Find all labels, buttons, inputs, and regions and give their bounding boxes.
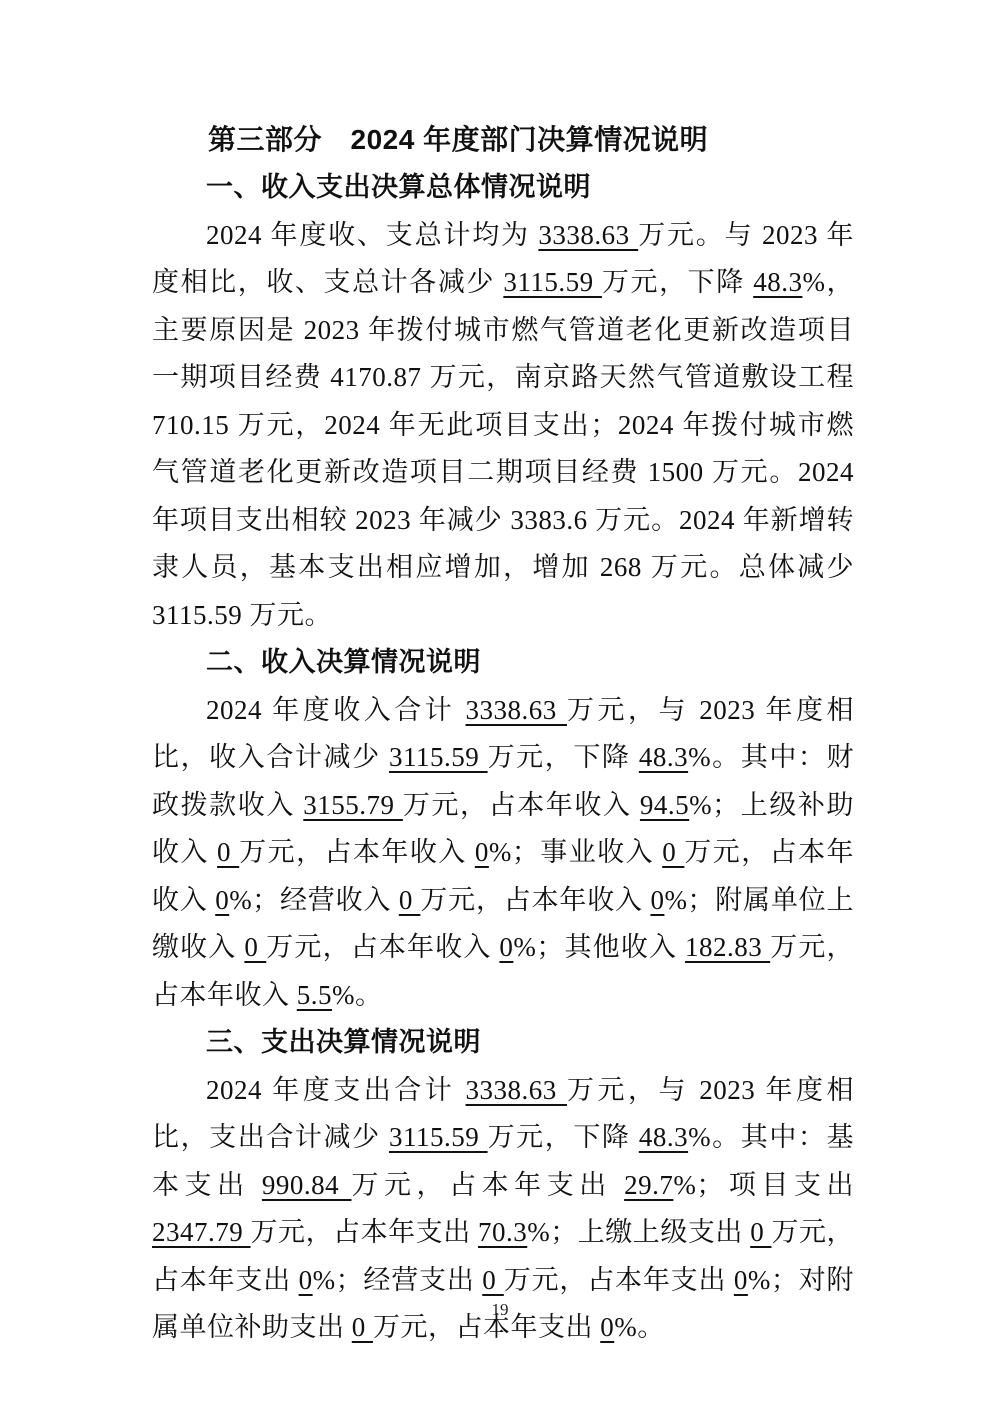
document-content: 第三部分 2024 年度部门决算情况说明 一、收入支出决算总体情况说明 2024… [152,116,854,1352]
section-heading-income-expenditure-overview: 一、收入支出决算总体情况说明 [152,164,854,212]
document-page: 第三部分 2024 年度部门决算情况说明 一、收入支出决算总体情况说明 2024… [0,0,1000,1414]
section-heading-expenditure-statement: 三、支出决算情况说明 [152,1019,854,1067]
section-heading-income-statement: 二、收入决算情况说明 [152,639,854,687]
document-title: 第三部分 2024 年度部门决算情况说明 [152,116,854,164]
page-number: 19 [0,1300,1000,1320]
paragraph-income: 2024 年度收入合计 3338.63 万元，与 2023 年度相比，收入合计减… [152,687,854,1020]
paragraph-overview: 2024 年度收、支总计均为 3338.63 万元。与 2023 年度相比，收、… [152,212,854,640]
